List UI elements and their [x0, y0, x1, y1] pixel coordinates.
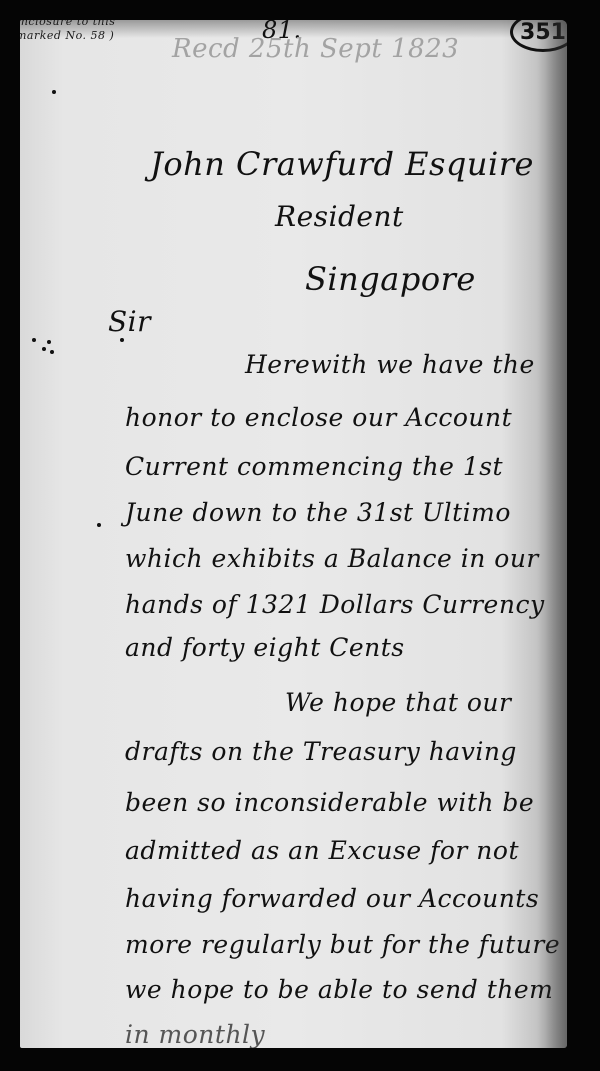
- margin-note-line-1: Inclosure to this: [20, 20, 115, 29]
- ink-spot: [97, 523, 101, 527]
- received-date-note: Recd 25th Sept 1823: [172, 34, 459, 64]
- margin-note-line-2: marked No. 58 ): [20, 29, 115, 43]
- ink-spot: [120, 338, 124, 342]
- ink-spot: [50, 350, 54, 354]
- body-line-9: drafts on the Treasury having: [125, 737, 517, 766]
- body-line-3: Current commencing the 1st: [125, 452, 503, 481]
- address-name: John Crawfurd Esquire: [150, 145, 534, 183]
- body-line-15: in monthly: [125, 1020, 265, 1048]
- body-line-13: more regularly but for the future: [125, 930, 560, 959]
- body-line-6: hands of 1321 Dollars Currency: [125, 590, 545, 619]
- ink-spot: [42, 347, 46, 351]
- body-line-12: having forwarded our Accounts: [125, 884, 539, 913]
- body-line-1: Herewith we have the: [245, 350, 535, 379]
- address-title: Resident: [275, 200, 404, 233]
- body-line-8: We hope that our: [285, 688, 511, 717]
- body-line-7: and forty eight Cents: [125, 633, 405, 662]
- salutation: Sir: [108, 305, 151, 338]
- body-line-14: we hope to be able to send them: [125, 975, 553, 1004]
- body-line-2: honor to enclose our Account: [125, 403, 512, 432]
- ink-spot: [52, 90, 56, 94]
- address-place: Singapore: [305, 260, 476, 298]
- body-line-4: June down to the 31st Ultimo: [125, 498, 511, 527]
- body-line-11: admitted as an Excuse for not: [125, 836, 519, 865]
- ink-spot: [47, 340, 51, 344]
- ink-spot: [32, 338, 36, 342]
- folio-number: 351: [520, 20, 566, 45]
- body-line-10: been so inconsiderable with be: [125, 788, 534, 817]
- margin-note: Inclosure to this marked No. 58 ): [20, 20, 115, 43]
- letter-page: Inclosure to this marked No. 58 ) 81. Re…: [20, 20, 567, 1048]
- body-line-5: which exhibits a Balance in our: [125, 544, 539, 573]
- folio-stamp: 351: [510, 20, 567, 52]
